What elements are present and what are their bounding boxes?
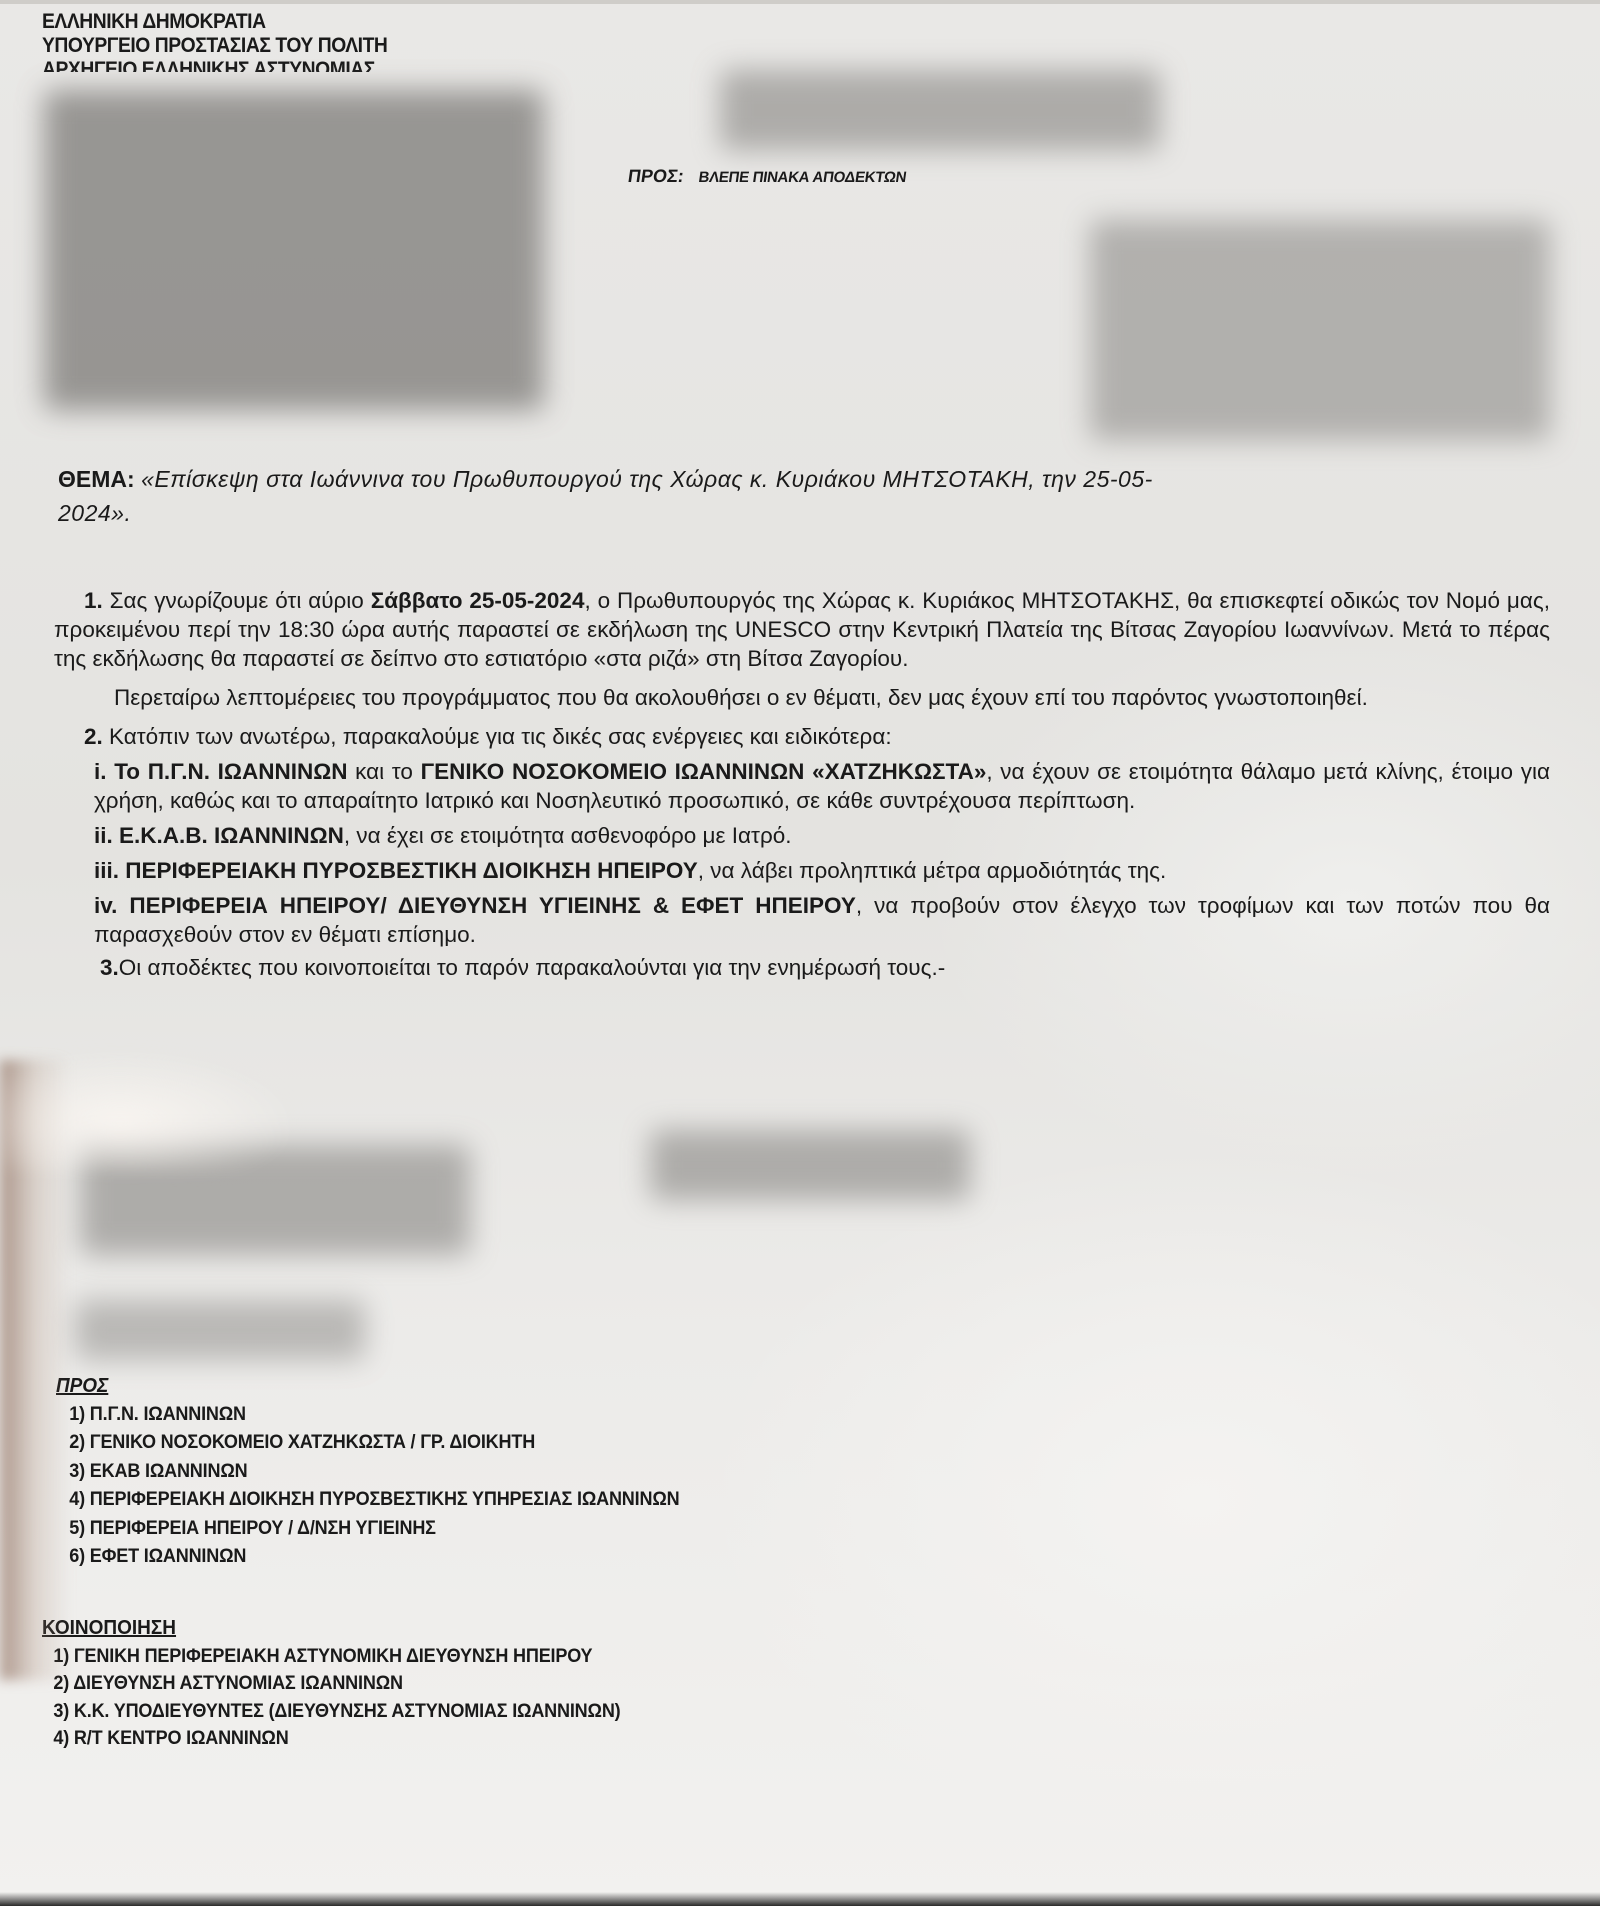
recipient-item: 5) ΠΕΡΙΦΕΡΕΙΑ ΗΠΕΙΡΟΥ / Δ/ΝΣΗ ΥΓΙΕΙΝΗΣ — [56, 1515, 679, 1544]
redacted-reference-block — [720, 70, 1160, 150]
paragraph-2-item-i: i. Το Π.Γ.Ν. ΙΩΑΝΝΙΝΩΝ και το ΓΕΝΙΚΟ ΝΟΣ… — [54, 757, 1550, 815]
light-glare — [0, 1050, 300, 1170]
recipient-item: 6) ΕΦΕΤ ΙΩΑΝΝΙΝΩΝ — [56, 1543, 679, 1572]
letterhead-line-1: ΕΛΛΗΝΙΚΗ ΔΗΜΟΚΡΑΤΙΑ — [42, 10, 387, 34]
letterhead: ΕΛΛΗΝΙΚΗ ΔΗΜΟΚΡΑΤΙΑ ΥΠΟΥΡΓΕΙΟ ΠΡΟΣΤΑΣΙΑΣ… — [42, 10, 387, 72]
subject: ΘΕΜΑ: «Επίσκεψη στα Ιωάννινα του Πρωθυπο… — [58, 462, 1178, 530]
recipient-item: 4) ΠΕΡΙΦΕΡΕΙΑΚΗ ΔΙΟΙΚΗΣΗ ΠΥΡΟΣΒΕΣΤΙΚΗΣ Υ… — [56, 1486, 679, 1515]
paragraph-3-number: 3. — [100, 955, 119, 980]
redacted-signature-center — [650, 1130, 970, 1200]
item-i-bold1: Π.Γ.Ν. ΙΩΑΝΝΙΝΩΝ — [148, 759, 348, 784]
addressee-value: ΒΛΕΠΕ ΠΙΝΑΚΑ ΑΠΟΔΕΚΤΩΝ — [697, 169, 907, 186]
paragraph-2-item-iii: iii. ΠΕΡΙΦΕΡΕΙΑΚΗ ΠΥΡΟΣΒΕΣΤΙΚΗ ΔΙΟΙΚΗΣΗ … — [54, 856, 1550, 885]
document-body: 1. Σας γνωρίζουμε ότι αύριο Σάββατο 25-0… — [54, 586, 1550, 982]
item-iii-numeral: iii. — [94, 858, 119, 883]
item-ii-numeral: ii. — [94, 823, 113, 848]
paragraph-2: 2. Κατόπιν των ανωτέρω, παρακαλούμε για … — [54, 722, 1550, 751]
item-i-pre: Το — [114, 759, 140, 784]
recipients-title: ΠΡΟΣ — [56, 1372, 679, 1401]
item-ii-rest: , να έχει σε ετοιμότητα ασθενοφόρο με Ια… — [344, 823, 792, 848]
paragraph-3: 3.Οι αποδέκτες που κοινοποιείται το παρό… — [54, 953, 1550, 982]
recipient-item: 1) Π.Γ.Ν. ΙΩΑΝΝΙΝΩΝ — [56, 1401, 679, 1430]
cc-item: 1) ΓΕΝΙΚΗ ΠΕΡΙΦΕΡΕΙΑΚΗ ΑΣΤΥΝΟΜΙΚΗ ΔΙΕΥΘΥ… — [42, 1643, 620, 1671]
letterhead-line-3: ΑΡΧΗΓΕΙΟ ΕΛΛΗΝΙΚΗΣ ΑΣΤΥΝΟΜΙΑΣ — [42, 58, 387, 72]
paragraph-2-item-ii: ii. Ε.Κ.Α.Β. ΙΩΑΝΝΙΝΩΝ, να έχει σε ετοιμ… — [54, 821, 1550, 850]
subject-label: ΘΕΜΑ: — [58, 466, 135, 492]
redacted-sender-block — [44, 90, 544, 410]
recipient-item: 2) ΓΕΝΙΚΟ ΝΟΣΟΚΟΜΕΙΟ ΧΑΤΖΗΚΩΣΤΑ / ΓΡ. ΔΙ… — [56, 1429, 679, 1458]
paragraph-1-number: 1. — [84, 588, 103, 613]
cc-item: 4) R/T ΚΕΝΤΡΟ ΙΩΑΝΝΙΝΩΝ — [42, 1725, 620, 1753]
addressee-label: ΠΡΟΣ: — [627, 166, 686, 186]
cc-title: ΚΟΙΝΟΠΟΙΗΣΗ — [42, 1615, 620, 1643]
letterhead-line-2: ΥΠΟΥΡΓΕΙΟ ΠΡΟΣΤΑΣΙΑΣ ΤΟΥ ΠΟΛΙΤΗ — [42, 34, 387, 58]
item-ii-bold1: Ε.Κ.Α.Β. ΙΩΑΝΝΙΝΩΝ — [119, 823, 344, 848]
item-iv-bold1: ΠΕΡΙΦΕΡΕΙΑ ΗΠΕΙΡΟΥ/ ΔΙΕΥΘΥΝΣΗ ΥΓΙΕΙΝΗΣ &… — [129, 893, 856, 918]
subject-text: «Επίσκεψη στα Ιωάννινα του Πρωθυπουργού … — [58, 466, 1153, 526]
paragraph-1-date: Σάββατο 25-05-2024 — [371, 588, 585, 613]
item-i-numeral: i. — [94, 759, 107, 784]
item-iii-bold1: ΠΕΡΙΦΕΡΕΙΑΚΗ ΠΥΡΟΣΒΕΣΤΙΚΗ ΔΙΟΙΚΗΣΗ ΗΠΕΙΡ… — [125, 858, 698, 883]
redacted-footer-ref — [75, 1300, 365, 1360]
cc-item: 3) Κ.Κ. ΥΠΟΔΙΕΥΘΥΝΤΕΣ (ΔΙΕΥΘΥΝΣΗΣ ΑΣΤΥΝΟ… — [42, 1698, 620, 1726]
paragraph-2-number: 2. — [84, 724, 103, 749]
cc-item: 2) ΔΙΕΥΘΥΝΣΗ ΑΣΤΥΝΟΜΙΑΣ ΙΩΑΝΝΙΝΩΝ — [42, 1670, 620, 1698]
paragraph-2-item-iv: iv. ΠΕΡΙΦΕΡΕΙΑ ΗΠΕΙΡΟΥ/ ΔΙΕΥΘΥΝΣΗ ΥΓΙΕΙΝ… — [54, 891, 1550, 949]
document-page: ΕΛΛΗΝΙΚΗ ΔΗΜΟΚΡΑΤΙΑ ΥΠΟΥΡΓΕΙΟ ΠΡΟΣΤΑΣΙΑΣ… — [0, 0, 1600, 1906]
paragraph-1: 1. Σας γνωρίζουμε ότι αύριο Σάββατο 25-0… — [54, 586, 1550, 673]
item-i-bold2: ΓΕΝΙΚΟ ΝΟΣΟΚΟΜΕΙΟ ΙΩΑΝΝΙΝΩΝ «ΧΑΤΖΗΚΩΣΤΑ» — [421, 759, 987, 784]
item-iv-numeral: iv. — [94, 893, 117, 918]
page-top-edge — [0, 0, 1600, 4]
paragraph-3-text: Οι αποδέκτες που κοινοποιείται το παρόν … — [119, 955, 945, 980]
item-i-mid: και το — [355, 759, 413, 784]
paragraph-2-text: Κατόπιν των ανωτέρω, παρακαλούμε για τις… — [109, 724, 892, 749]
recipients-list: ΠΡΟΣ 1) Π.Γ.Ν. ΙΩΑΝΝΙΝΩΝ 2) ΓΕΝΙΚΟ ΝΟΣΟΚ… — [56, 1372, 679, 1572]
cc-list: ΚΟΙΝΟΠΟΙΗΣΗ 1) ΓΕΝΙΚΗ ΠΕΡΙΦΕΡΕΙΑΚΗ ΑΣΤΥΝ… — [42, 1615, 620, 1753]
redacted-stamp-block — [1090, 220, 1550, 440]
paragraph-1-intro: Σας γνωρίζουμε ότι αύριο — [110, 588, 364, 613]
paragraph-1-followup: Περεταίρω λεπτομέρειες του προγράμματος … — [54, 683, 1550, 712]
item-iii-rest: , να λάβει προληπτικά μέτρα αρμοδιότητάς… — [698, 858, 1166, 883]
addressee-line: ΠΡΟΣ: ΒΛΕΠΕ ΠΙΝΑΚΑ ΑΠΟΔΕΚΤΩΝ — [627, 166, 908, 187]
page-bottom-edge — [0, 1892, 1600, 1906]
recipient-item: 3) ΕΚΑΒ ΙΩΑΝΝΙΝΩΝ — [56, 1458, 679, 1487]
